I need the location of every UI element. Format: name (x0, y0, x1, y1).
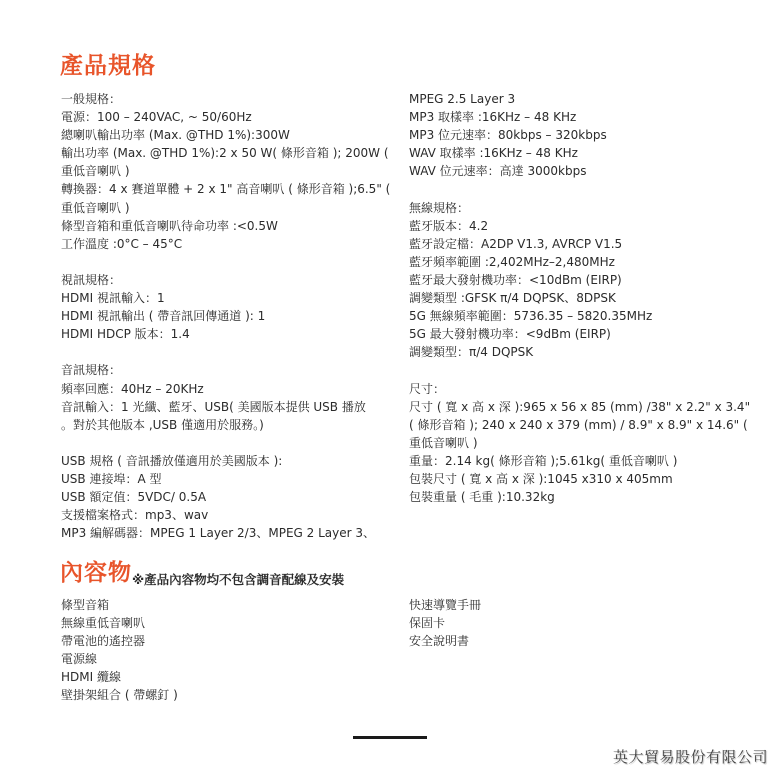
list-item: 條型音箱 (61, 596, 178, 614)
spec-line: 頻率回應：40Hz – 20KHz (61, 380, 391, 398)
list-item: 無線重低音喇叭 (61, 614, 178, 632)
contents-list-left: 條型音箱 無線重低音喇叭 帶電池的遙控器 電源線 HDMI 纜線 壁掛架組合 (… (61, 596, 178, 705)
company-name: 英大貿易股份有限公司 (613, 746, 768, 767)
spec-line: 視訊規格： (61, 271, 391, 289)
spacer (409, 180, 749, 198)
specs-right-column: MPEG 2.5 Layer 3 MP3 取樣率 :16KHz – 48 KHz… (409, 90, 749, 506)
list-item: 安全說明書 (409, 632, 481, 650)
spec-line: 音訊輸入：1 光纖、藍牙、USB( 美國版本提供 USB 播放 (61, 398, 391, 416)
spacer (409, 361, 749, 379)
spec-line: 支援檔案格式：mp3、wav (61, 506, 391, 524)
spec-line: 重低音喇叭 ) (409, 434, 749, 452)
specs-title: 產品規格 (60, 55, 156, 78)
contents-list-right: 快速導覽手冊 保固卡 安全說明書 (409, 596, 481, 650)
spec-line: HDMI 視訊輸出 ( 帶音訊回傳通道 ): 1 (61, 307, 391, 325)
list-item: 壁掛架組合 ( 帶螺釘 ) (61, 686, 178, 704)
spec-line: 。對於其他版本 ,USB 僅適用於服務。) (61, 416, 391, 434)
spec-line: USB 規格 ( 音訊播放僅適用於美國版本 ): (61, 452, 391, 470)
specs-left-column: 一般規格： 電源：100 – 240VAC, ~ 50/60Hz 總喇叭輸出功率… (61, 90, 391, 542)
spec-line: 無線規格： (409, 199, 749, 217)
spacer (61, 253, 391, 271)
spec-line: 尺寸： (409, 380, 749, 398)
spec-line: 5G 無線頻率範圍：5736.35 – 5820.35MHz (409, 307, 749, 325)
list-item: 帶電池的遙控器 (61, 632, 178, 650)
spec-line: 重低音喇叭 ) (61, 199, 391, 217)
spacer (61, 343, 391, 361)
spec-line: 尺寸 ( 寬 x 高 x 深 ):965 x 56 x 85 (mm) /38"… (409, 398, 749, 416)
spec-line: WAV 取樣率 :16KHz – 48 KHz (409, 144, 749, 162)
spec-line: 調變類型：π/4 DQPSK (409, 343, 749, 361)
spec-line: MP3 編解碼器：MPEG 1 Layer 2/3、MPEG 2 Layer 3… (61, 524, 391, 542)
spec-line: 轉換器：4 x 賽道單體 + 2 x 1" 高音喇叭 ( 條形音箱 );6.5"… (61, 180, 391, 198)
spec-line: 一般規格： (61, 90, 391, 108)
spec-line: 輸出功率 (Max. @THD 1%):2 x 50 W( 條形音箱 ); 20… (61, 144, 391, 162)
spec-line: USB 額定值：5VDC/ 0.5A (61, 488, 391, 506)
spec-line: MPEG 2.5 Layer 3 (409, 90, 749, 108)
spec-line: 重低音喇叭 ) (61, 162, 391, 180)
spec-line: MP3 取樣率 :16KHz – 48 KHz (409, 108, 749, 126)
spec-line: 藍牙版本：4.2 (409, 217, 749, 235)
spec-line: 音訊規格： (61, 361, 391, 379)
spacer (61, 434, 391, 452)
spec-line: 藍牙頻率範圍 :2,402MHz–2,480MHz (409, 253, 749, 271)
list-item: 電源線 (61, 650, 178, 668)
spec-line: 5G 最大發射機功率：<9dBm (EIRP) (409, 325, 749, 343)
spec-line: 總喇叭輸出功率 (Max. @THD 1%):300W (61, 126, 391, 144)
spec-line: 條型音箱和重低音喇叭待命功率 :<0.5W (61, 217, 391, 235)
spec-line: 藍牙最大發射機功率：<10dBm (EIRP) (409, 271, 749, 289)
divider (353, 736, 427, 739)
spec-line: 電源：100 – 240VAC, ~ 50/60Hz (61, 108, 391, 126)
spec-line: 工作溫度 :0°C – 45°C (61, 235, 391, 253)
list-item: 快速導覽手冊 (409, 596, 481, 614)
spec-line: USB 連接埠：A 型 (61, 470, 391, 488)
spec-line: WAV 位元速率：高達 3000kbps (409, 162, 749, 180)
spec-line: HDMI 視訊輸入：1 (61, 289, 391, 307)
spec-line: 包裝尺寸 ( 寬 x 高 x 深 ):1045 x310 x 405mm (409, 470, 749, 488)
spec-line: MP3 位元速率：80kbps – 320kbps (409, 126, 749, 144)
spec-line: 藍牙設定檔：A2DP V1.3, AVRCP V1.5 (409, 235, 749, 253)
list-item: HDMI 纜線 (61, 668, 178, 686)
contents-note: ※產品內容物均不包含調音配線及安裝 (132, 570, 344, 588)
spec-line: HDMI HDCP 版本：1.4 (61, 325, 391, 343)
list-item: 保固卡 (409, 614, 481, 632)
spec-line: ( 條形音箱 ); 240 x 240 x 379 (mm) / 8.9" x … (409, 416, 749, 434)
spec-line: 包裝重量 ( 毛重 ):10.32kg (409, 488, 749, 506)
contents-title: 內容物 (60, 562, 132, 585)
spec-line: 重量：2.14 kg( 條形音箱 );5.61kg( 重低音喇叭 ) (409, 452, 749, 470)
spec-line: 調變類型 :GFSK π/4 DQPSK、8DPSK (409, 289, 749, 307)
